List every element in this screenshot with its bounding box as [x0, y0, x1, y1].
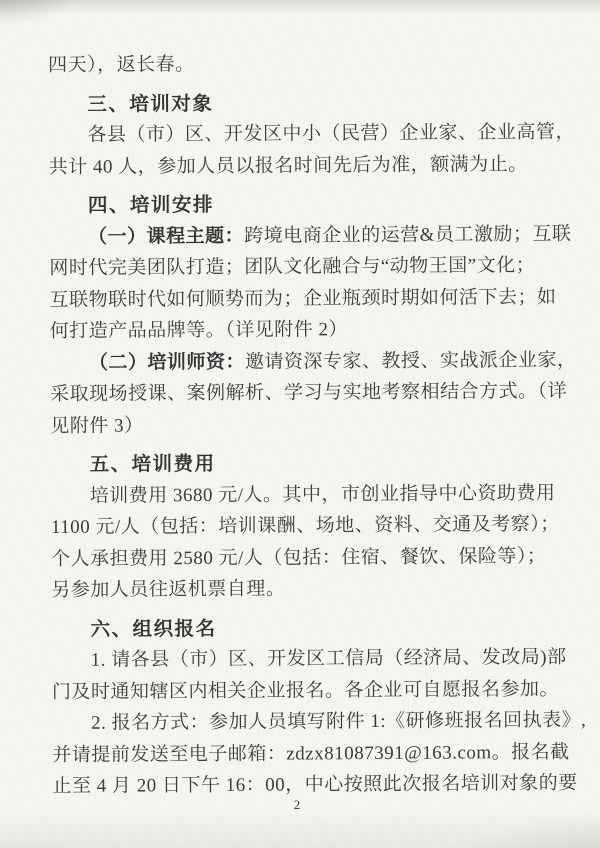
- bold-label-text: 三、培训对象: [87, 91, 213, 115]
- document-line: 见附件 3）: [50, 407, 564, 442]
- page-number: 2: [0, 797, 594, 813]
- document-line: 各县（市）区、开发区中小（民营）企业家、企业高管，: [48, 117, 562, 152]
- line-text: 并请提前发送至电子邮箱：zdzx81087391@163.com。报名截: [52, 741, 569, 765]
- document-line: 互联物联时代如何顺势而为；企业瓶颈时期如何活下去；如: [49, 281, 563, 316]
- line-text: 2. 报名方式：参加人员填写附件 1:《研修班报名回执表》,: [91, 710, 586, 734]
- line-text: 各县（市）区、开发区中小（民营）企业家、企业高管，: [87, 122, 575, 146]
- document-body: 四天），返长春。三、培训对象各县（市）区、开发区中小（民营）企业家、企业高管，共…: [48, 47, 567, 803]
- line-text: 何打造产品品牌等。（详见附件 2）: [50, 319, 348, 342]
- document-line: （一）课程主题：跨境电商企业的运营&员工激励；互联: [49, 218, 563, 253]
- line-text: 另参加人员往返机票自理。: [51, 579, 285, 601]
- document-line: 网时代完美团队打造；团队文化融合与“动物王国”文化；: [49, 250, 563, 285]
- line-text: 网时代完美团队打造；团队文化融合与“动物王国”文化；: [49, 255, 535, 279]
- bold-label-text: 六、组织报名: [90, 616, 216, 640]
- line-text: 采取现场授课、案例解析、学习与实地考察相结合方式。（详: [50, 381, 567, 405]
- line-text: 门及时通知辖区内相关企业报名。各企业可自愿报名参加。: [52, 678, 559, 702]
- line-text: 止至 4 月 20 日下午 16：00，中心按照此次报名培训对象的要: [52, 773, 577, 797]
- line-text: 见附件 3）: [50, 415, 143, 437]
- document-line: 另参加人员往返机票自理。: [51, 572, 565, 607]
- section-heading: 五、培训费用: [50, 446, 564, 481]
- line-text: 互联物联时代如何顺势而为；企业瓶颈时期如何活下去；如: [49, 286, 556, 310]
- line-text: 个人承担费用 2580 元/人（包括：住宿、餐饮、保险等）；: [51, 545, 546, 569]
- section-heading: 四、培训安排: [49, 187, 563, 222]
- document-line: 何打造产品品牌等。（详见附件 2）: [50, 313, 564, 348]
- document-line: 共计 40 人，参加人员以报名时间先后为准，额满为止。: [49, 148, 563, 183]
- scanned-document-page: { "page": { "number": "2", "paper_color"…: [0, 0, 600, 848]
- line-text: 跨境电商企业的运营&员工激励；互联: [244, 223, 571, 246]
- document-line: （二）培训师资：邀请资深专家、教授、实战派企业家，: [50, 344, 564, 379]
- line-text: 1. 请各县（市）区、开发区工信局（经济局、发改局)部: [91, 647, 567, 671]
- bold-label-text: 五、培训费用: [89, 452, 215, 476]
- line-text: 1100 元/人（包括：培训课酬、场地、资料、交通及考察）；: [51, 514, 560, 538]
- document-line: 采取现场授课、案例解析、学习与实地考察相结合方式。（详: [50, 376, 564, 411]
- line-text: 共计 40 人，参加人员以报名时间先后为准，额满为止。: [49, 154, 528, 178]
- line-text: 邀请资深专家、教授、实战派企业家，: [245, 349, 577, 372]
- bold-label-text: 四、培训安排: [88, 193, 214, 217]
- section-heading: 三、培训对象: [48, 85, 562, 120]
- document-line: 2. 报名方式：参加人员填写附件 1:《研修班报名回执表》,: [52, 705, 566, 740]
- document-line: 1. 请各县（市）区、开发区工信局（经济局、发改局)部: [52, 642, 566, 677]
- section-heading: 六、组织报名: [51, 610, 565, 645]
- document-line: 1100 元/人（包括：培训课酬、场地、资料、交通及考察）；: [51, 509, 565, 544]
- line-text: 培训费用 3680 元/人。其中，市创业指导中心资助费用: [90, 482, 556, 506]
- document-line: 四天），返长春。: [48, 47, 562, 82]
- document-line: 门及时通知辖区内相关企业报名。各企业可自愿报名参加。: [52, 673, 566, 708]
- document-line: 培训费用 3680 元/人。其中，市创业指导中心资助费用: [51, 477, 565, 512]
- bold-label-text: （二）培训师资：: [89, 350, 245, 373]
- document-line: 并请提前发送至电子邮箱：zdzx81087391@163.com。报名截: [52, 736, 566, 771]
- document-line: 个人承担费用 2580 元/人（包括：住宿、餐饮、保险等）；: [51, 540, 565, 575]
- bold-label-text: （一）课程主题：: [88, 224, 244, 247]
- line-text: 四天），返长春。: [48, 54, 195, 76]
